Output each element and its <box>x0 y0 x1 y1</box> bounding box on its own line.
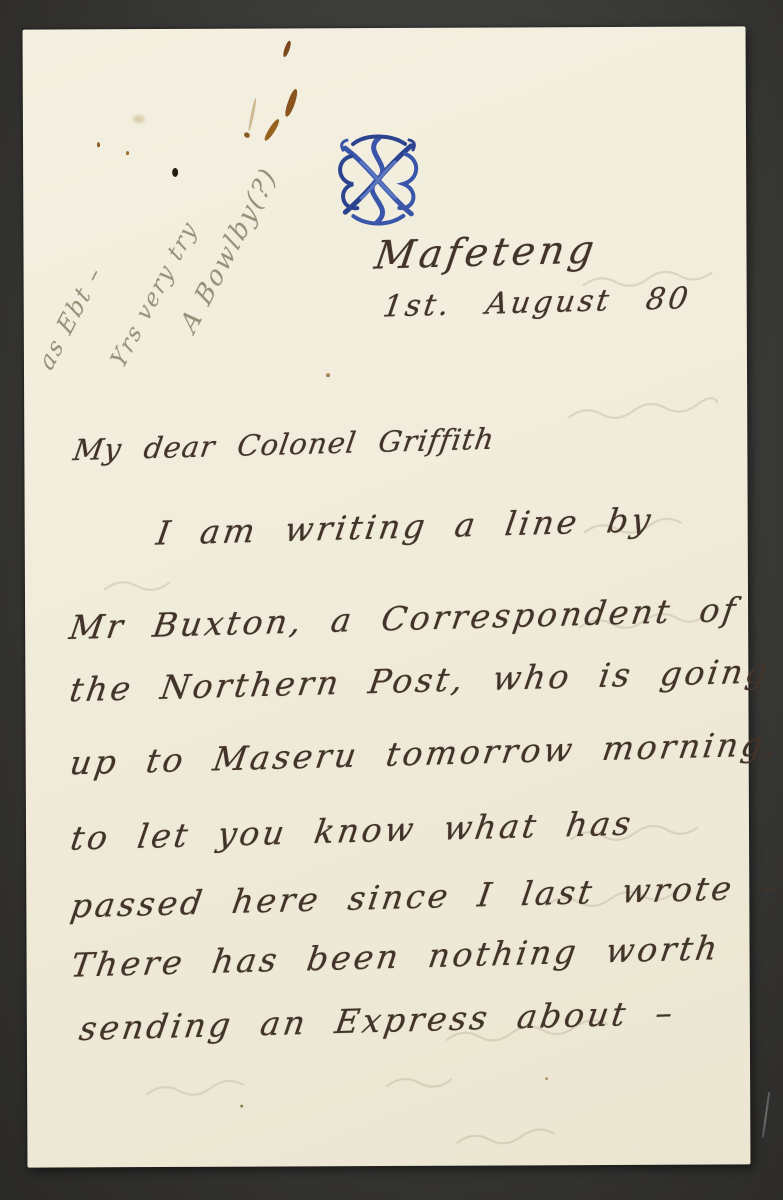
ink-speck <box>126 151 129 155</box>
marginalia-line: as Ebt – <box>33 259 108 375</box>
paper-speck <box>326 373 330 377</box>
photo-background: as Ebt – Yrs very try A Bowlby(?) Mafete… <box>0 0 783 1200</box>
ink-speck <box>172 168 178 177</box>
backdrop-scratch <box>762 1092 770 1138</box>
place-line: Mafeteng <box>372 228 601 279</box>
foxing-spot <box>133 115 145 123</box>
letter-paper: as Ebt – Yrs very try A Bowlby(?) Mafete… <box>23 26 751 1167</box>
paper-speck <box>545 1077 548 1080</box>
diagonal-marginalia: as Ebt – Yrs very try A Bowlby(?) <box>41 46 303 397</box>
paper-speck <box>240 1105 243 1108</box>
ink-speck <box>97 142 100 147</box>
monogram-icon <box>331 132 425 228</box>
